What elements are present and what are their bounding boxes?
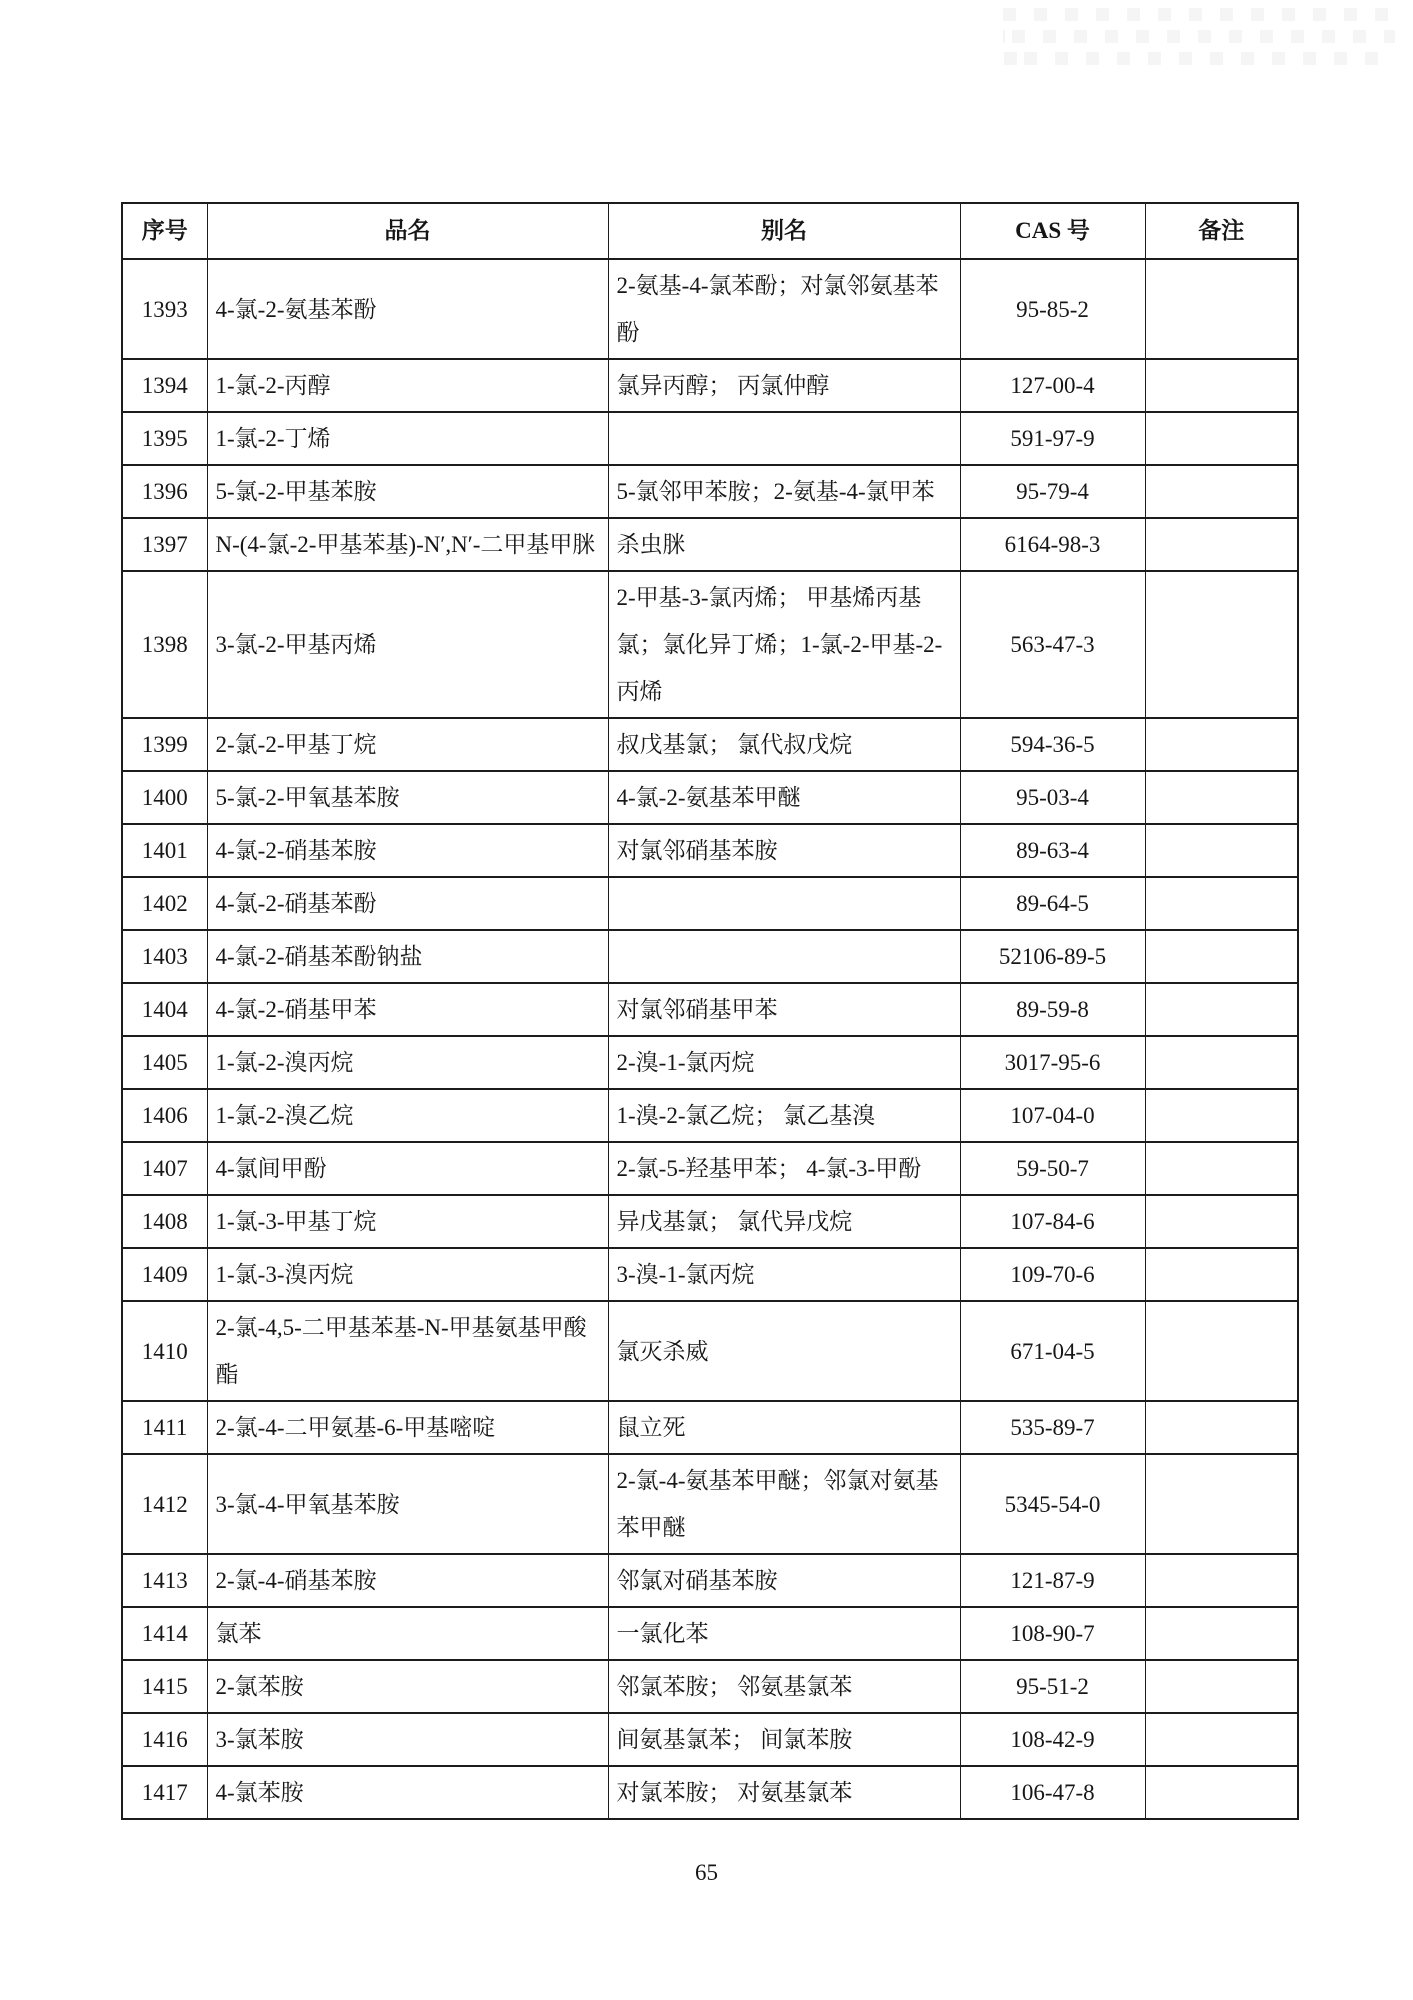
table-row: 14152-氯苯胺邻氯苯胺； 邻氨基氯苯95-51-2 (122, 1660, 1298, 1713)
cell-name: 氯苯 (207, 1607, 608, 1660)
header-cell-name: 品名 (207, 203, 608, 259)
cell-name: 1-氯-2-丙醇 (207, 359, 608, 412)
cell-name: 4-氯苯胺 (207, 1766, 608, 1819)
cell-remark (1145, 1195, 1298, 1248)
cell-remark (1145, 1142, 1298, 1195)
header-cell-remark: 备注 (1145, 203, 1298, 259)
table-row: 14112-氯-4-二甲氨基-6-甲基嘧啶鼠立死535-89-7 (122, 1401, 1298, 1454)
table-row: 14044-氯-2-硝基甲苯对氯邻硝基甲苯89-59-8 (122, 983, 1298, 1036)
cell-cas: 59-50-7 (960, 1142, 1145, 1195)
cell-index: 1417 (122, 1766, 207, 1819)
document-page: 序号品名别名CAS 号备注 13934-氯-2-氨基苯酚2-氨基-4-氯苯酚；对… (0, 0, 1413, 2000)
cell-cas: 95-85-2 (960, 259, 1145, 359)
cell-alias (608, 877, 960, 930)
cell-cas: 6164-98-3 (960, 518, 1145, 571)
cell-alias: 1-溴-2-氯乙烷； 氯乙基溴 (608, 1089, 960, 1142)
cell-cas: 121-87-9 (960, 1554, 1145, 1607)
cell-cas: 107-84-6 (960, 1195, 1145, 1248)
table-row: 14132-氯-4-硝基苯胺邻氯对硝基苯胺121-87-9 (122, 1554, 1298, 1607)
cell-alias: 杀虫脒 (608, 518, 960, 571)
cell-alias: 间氨基氯苯； 间氯苯胺 (608, 1713, 960, 1766)
table-row: 13934-氯-2-氨基苯酚2-氨基-4-氯苯酚；对氯邻氨基苯酚95-85-2 (122, 259, 1298, 359)
cell-name: 2-氯-4,5-二甲基苯基-N-甲基氨基甲酸酯 (207, 1301, 608, 1401)
cell-cas: 563-47-3 (960, 571, 1145, 718)
table-row: 14034-氯-2-硝基苯酚钠盐52106-89-5 (122, 930, 1298, 983)
cell-name: 1-氯-3-甲基丁烷 (207, 1195, 608, 1248)
cell-index: 1395 (122, 412, 207, 465)
cell-alias: 氯异丙醇； 丙氯仲醇 (608, 359, 960, 412)
cell-cas: 108-42-9 (960, 1713, 1145, 1766)
cell-index: 1416 (122, 1713, 207, 1766)
cell-index: 1401 (122, 824, 207, 877)
header-cell-cas: CAS 号 (960, 203, 1145, 259)
cell-remark (1145, 571, 1298, 718)
table-row: 14014-氯-2-硝基苯胺对氯邻硝基苯胺89-63-4 (122, 824, 1298, 877)
cell-index: 1403 (122, 930, 207, 983)
cell-name: 2-氯-4-硝基苯胺 (207, 1554, 608, 1607)
table-row: 14074-氯间甲酚2-氯-5-羟基甲苯； 4-氯-3-甲酚59-50-7 (122, 1142, 1298, 1195)
cell-alias: 2-氯-4-氨基苯甲醚；邻氯对氨基苯甲醚 (608, 1454, 960, 1554)
table-row: 14174-氯苯胺对氯苯胺； 对氨基氯苯106-47-8 (122, 1766, 1298, 1819)
cell-alias: 2-氯-5-羟基甲苯； 4-氯-3-甲酚 (608, 1142, 960, 1195)
table-row: 14102-氯-4,5-二甲基苯基-N-甲基氨基甲酸酯氯灭杀威671-04-5 (122, 1301, 1298, 1401)
table-header: 序号品名别名CAS 号备注 (122, 203, 1298, 259)
cell-index: 1394 (122, 359, 207, 412)
cell-remark (1145, 1301, 1298, 1401)
cell-remark (1145, 412, 1298, 465)
cell-cas: 671-04-5 (960, 1301, 1145, 1401)
cell-remark (1145, 771, 1298, 824)
cell-alias: 邻氯对硝基苯胺 (608, 1554, 960, 1607)
cell-name: 1-氯-2-丁烯 (207, 412, 608, 465)
cell-name: 1-氯-3-溴丙烷 (207, 1248, 608, 1301)
cell-cas: 3017-95-6 (960, 1036, 1145, 1089)
cell-name: 2-氯苯胺 (207, 1660, 608, 1713)
cell-alias (608, 412, 960, 465)
cell-index: 1406 (122, 1089, 207, 1142)
cell-cas: 95-51-2 (960, 1660, 1145, 1713)
cell-cas: 591-97-9 (960, 412, 1145, 465)
cell-alias: 一氯化苯 (608, 1607, 960, 1660)
cell-remark (1145, 1036, 1298, 1089)
cell-alias: 2-溴-1-氯丙烷 (608, 1036, 960, 1089)
cell-name: 5-氯-2-甲氧基苯胺 (207, 771, 608, 824)
header-cell-index: 序号 (122, 203, 207, 259)
cell-index: 1407 (122, 1142, 207, 1195)
cell-alias: 3-溴-1-氯丙烷 (608, 1248, 960, 1301)
cell-remark (1145, 1607, 1298, 1660)
page-number: 65 (0, 1860, 1413, 1886)
table-row: 14091-氯-3-溴丙烷3-溴-1-氯丙烷109-70-6 (122, 1248, 1298, 1301)
table-row: 14051-氯-2-溴丙烷2-溴-1-氯丙烷3017-95-6 (122, 1036, 1298, 1089)
cell-alias: 叔戊基氯； 氯代叔戊烷 (608, 718, 960, 771)
cell-remark (1145, 1766, 1298, 1819)
cell-name: 3-氯苯胺 (207, 1713, 608, 1766)
table-row: 14005-氯-2-甲氧基苯胺4-氯-2-氨基苯甲醚95-03-4 (122, 771, 1298, 824)
cell-index: 1404 (122, 983, 207, 1036)
cell-alias: 邻氯苯胺； 邻氨基氯苯 (608, 1660, 960, 1713)
cell-cas: 107-04-0 (960, 1089, 1145, 1142)
cell-remark (1145, 359, 1298, 412)
cell-remark (1145, 1401, 1298, 1454)
header-cell-alias: 别名 (608, 203, 960, 259)
cell-name: N-(4-氯-2-甲基苯基)-N′,N′-二甲基甲脒 (207, 518, 608, 571)
cell-remark (1145, 1554, 1298, 1607)
table-row: 14081-氯-3-甲基丁烷异戊基氯； 氯代异戊烷107-84-6 (122, 1195, 1298, 1248)
cell-alias: 2-甲基-3-氯丙烯； 甲基烯丙基氯；氯化异丁烯；1-氯-2-甲基-2-丙烯 (608, 571, 960, 718)
cell-index: 1398 (122, 571, 207, 718)
cell-index: 1412 (122, 1454, 207, 1554)
cell-alias: 异戊基氯； 氯代异戊烷 (608, 1195, 960, 1248)
cell-remark (1145, 1089, 1298, 1142)
table-row: 13983-氯-2-甲基丙烯2-甲基-3-氯丙烯； 甲基烯丙基氯；氯化异丁烯；1… (122, 571, 1298, 718)
cell-cas: 52106-89-5 (960, 930, 1145, 983)
table-row: 14123-氯-4-甲氧基苯胺2-氯-4-氨基苯甲醚；邻氯对氨基苯甲醚5345-… (122, 1454, 1298, 1554)
cell-alias: 对氯苯胺； 对氨基氯苯 (608, 1766, 960, 1819)
cell-name: 4-氯-2-硝基苯酚钠盐 (207, 930, 608, 983)
cell-cas: 127-00-4 (960, 359, 1145, 412)
chemicals-table: 序号品名别名CAS 号备注 13934-氯-2-氨基苯酚2-氨基-4-氯苯酚；对… (121, 202, 1299, 1820)
table-row: 14061-氯-2-溴乙烷1-溴-2-氯乙烷； 氯乙基溴107-04-0 (122, 1089, 1298, 1142)
header-row: 序号品名别名CAS 号备注 (122, 203, 1298, 259)
cell-name: 4-氯间甲酚 (207, 1142, 608, 1195)
cell-index: 1402 (122, 877, 207, 930)
cell-cas: 95-79-4 (960, 465, 1145, 518)
cell-name: 3-氯-4-甲氧基苯胺 (207, 1454, 608, 1554)
cell-index: 1396 (122, 465, 207, 518)
cell-alias: 2-氨基-4-氯苯酚；对氯邻氨基苯酚 (608, 259, 960, 359)
table-row: 14024-氯-2-硝基苯酚89-64-5 (122, 877, 1298, 930)
cell-remark (1145, 983, 1298, 1036)
cell-remark (1145, 1454, 1298, 1554)
cell-remark (1145, 465, 1298, 518)
table-row: 13992-氯-2-甲基丁烷叔戊基氯； 氯代叔戊烷594-36-5 (122, 718, 1298, 771)
cell-alias: 4-氯-2-氨基苯甲醚 (608, 771, 960, 824)
cell-index: 1393 (122, 259, 207, 359)
table-row: 1397N-(4-氯-2-甲基苯基)-N′,N′-二甲基甲脒杀虫脒6164-98… (122, 518, 1298, 571)
table-row: 14163-氯苯胺间氨基氯苯； 间氯苯胺108-42-9 (122, 1713, 1298, 1766)
table-body: 13934-氯-2-氨基苯酚2-氨基-4-氯苯酚；对氯邻氨基苯酚95-85-21… (122, 259, 1298, 1819)
cell-name: 1-氯-2-溴丙烷 (207, 1036, 608, 1089)
scan-ghosting-artifact (1003, 8, 1395, 66)
cell-name: 1-氯-2-溴乙烷 (207, 1089, 608, 1142)
cell-remark (1145, 718, 1298, 771)
table-row: 13951-氯-2-丁烯591-97-9 (122, 412, 1298, 465)
cell-alias (608, 930, 960, 983)
cell-alias: 5-氯邻甲苯胺；2-氨基-4-氯甲苯 (608, 465, 960, 518)
cell-cas: 109-70-6 (960, 1248, 1145, 1301)
cell-name: 4-氯-2-氨基苯酚 (207, 259, 608, 359)
table-row: 13965-氯-2-甲基苯胺5-氯邻甲苯胺；2-氨基-4-氯甲苯95-79-4 (122, 465, 1298, 518)
cell-cas: 89-64-5 (960, 877, 1145, 930)
cell-index: 1397 (122, 518, 207, 571)
cell-index: 1415 (122, 1660, 207, 1713)
cell-index: 1400 (122, 771, 207, 824)
cell-alias: 对氯邻硝基苯胺 (608, 824, 960, 877)
table-row: 1414氯苯一氯化苯108-90-7 (122, 1607, 1298, 1660)
cell-cas: 108-90-7 (960, 1607, 1145, 1660)
cell-remark (1145, 1660, 1298, 1713)
cell-index: 1409 (122, 1248, 207, 1301)
cell-remark (1145, 1248, 1298, 1301)
cell-remark (1145, 259, 1298, 359)
cell-index: 1408 (122, 1195, 207, 1248)
cell-name: 4-氯-2-硝基苯酚 (207, 877, 608, 930)
cell-alias: 鼠立死 (608, 1401, 960, 1454)
cell-cas: 89-59-8 (960, 983, 1145, 1036)
cell-remark (1145, 824, 1298, 877)
cell-index: 1399 (122, 718, 207, 771)
cell-remark (1145, 877, 1298, 930)
cell-index: 1411 (122, 1401, 207, 1454)
cell-name: 4-氯-2-硝基甲苯 (207, 983, 608, 1036)
cell-remark (1145, 518, 1298, 571)
cell-remark (1145, 1713, 1298, 1766)
cell-name: 5-氯-2-甲基苯胺 (207, 465, 608, 518)
cell-remark (1145, 930, 1298, 983)
cell-name: 3-氯-2-甲基丙烯 (207, 571, 608, 718)
cell-name: 2-氯-4-二甲氨基-6-甲基嘧啶 (207, 1401, 608, 1454)
cell-name: 2-氯-2-甲基丁烷 (207, 718, 608, 771)
cell-index: 1405 (122, 1036, 207, 1089)
cell-cas: 106-47-8 (960, 1766, 1145, 1819)
cell-index: 1413 (122, 1554, 207, 1607)
cell-alias: 对氯邻硝基甲苯 (608, 983, 960, 1036)
cell-index: 1410 (122, 1301, 207, 1401)
cell-cas: 5345-54-0 (960, 1454, 1145, 1554)
cell-cas: 535-89-7 (960, 1401, 1145, 1454)
cell-name: 4-氯-2-硝基苯胺 (207, 824, 608, 877)
cell-alias: 氯灭杀威 (608, 1301, 960, 1401)
table-row: 13941-氯-2-丙醇氯异丙醇； 丙氯仲醇127-00-4 (122, 359, 1298, 412)
cell-index: 1414 (122, 1607, 207, 1660)
cell-cas: 594-36-5 (960, 718, 1145, 771)
cell-cas: 95-03-4 (960, 771, 1145, 824)
cell-cas: 89-63-4 (960, 824, 1145, 877)
